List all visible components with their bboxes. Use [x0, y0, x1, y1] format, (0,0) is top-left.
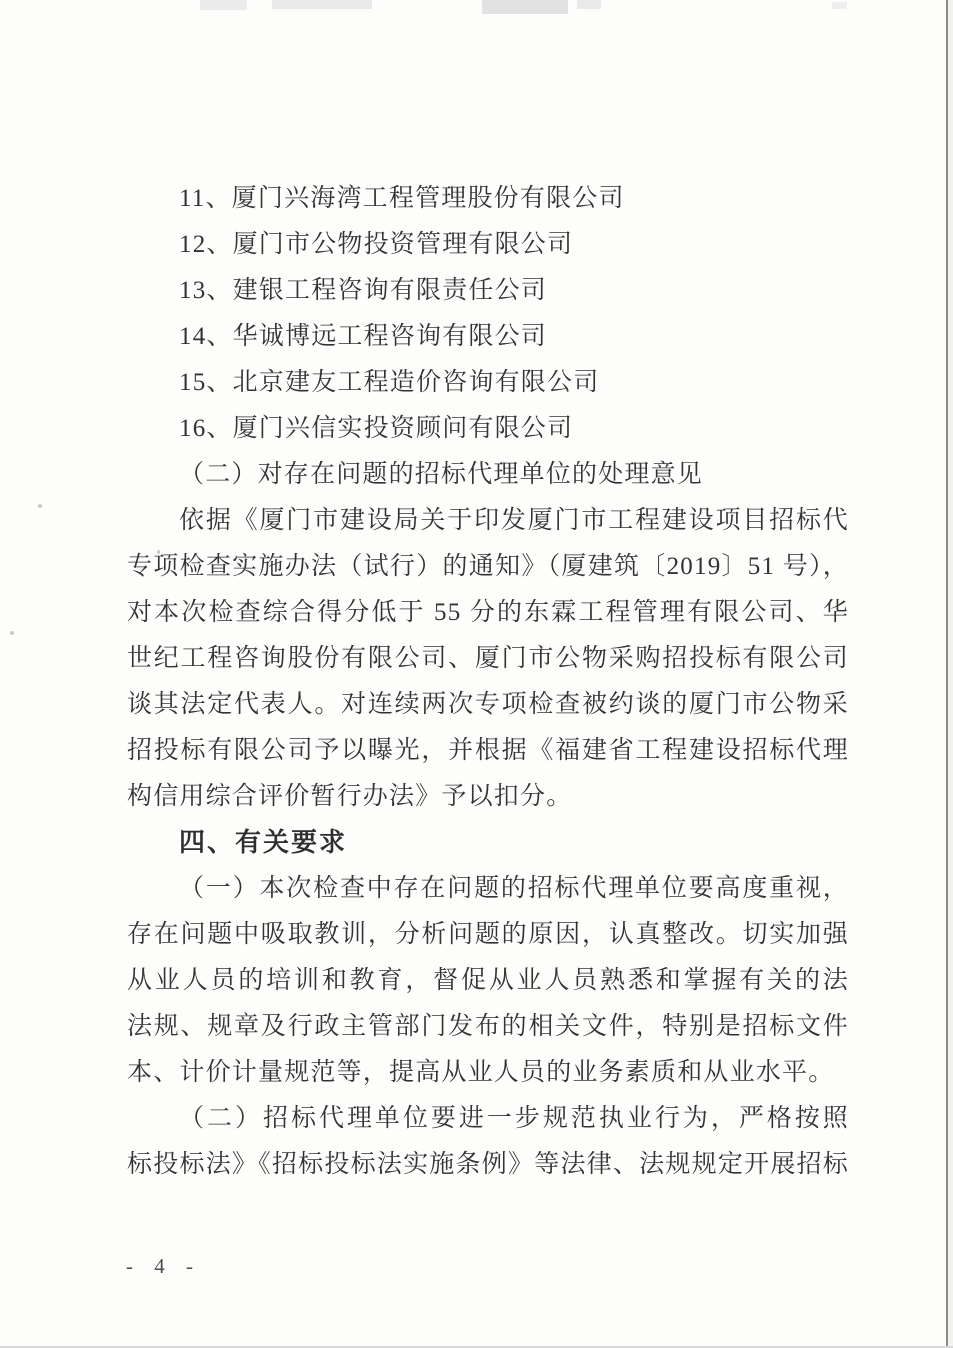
scan-top-smudge	[482, 0, 568, 14]
paragraph-line: 专项检查实施办法（试行）的通知》（厦建筑〔2019〕51 号），	[127, 544, 849, 590]
paragraph-line: 对本次检查综合得分低于 55 分的东霖工程管理有限公司、华联	[127, 590, 849, 636]
paragraph-line: 法规、规章及行政主管部门发布的相关文件，特别是招标文件范	[127, 1004, 849, 1050]
scan-speck	[10, 631, 14, 635]
scan-top-smudge	[577, 0, 601, 9]
paragraph-line: 招投标有限公司予以曝光，并根据《福建省工程建设招标代理机	[127, 728, 849, 774]
company-list-item: 11、厦门兴海湾工程管理股份有限公司	[127, 176, 849, 222]
paragraph-line: 本、计价计量规范等，提高从业人员的业务素质和从业水平。	[127, 1050, 849, 1096]
paragraph-handling-opinions: 依据《厦门市建设局关于印发厦门市工程建设项目招标代理专项检查实施办法（试行）的通…	[127, 498, 849, 820]
subsection-heading: （二）对存在问题的招标代理单位的处理意见	[127, 452, 849, 498]
company-list-item: 13、建银工程咨询有限责任公司	[127, 268, 849, 314]
paragraph-line: 构信用综合评价暂行办法》予以扣分。	[127, 774, 849, 820]
company-list-item: 16、厦门兴信实投资顾问有限公司	[127, 406, 849, 452]
paragraph-line: 谈其法定代表人。对连续两次专项检查被约谈的厦门市公物采购	[127, 682, 849, 728]
paragraph-line: 依据《厦门市建设局关于印发厦门市工程建设项目招标代理	[127, 498, 849, 544]
company-list-item: 15、北京建友工程造价咨询有限公司	[127, 360, 849, 406]
company-list: 11、厦门兴海湾工程管理股份有限公司12、厦门市公物投资管理有限公司13、建银工…	[127, 176, 849, 452]
company-list-item: 14、华诚博远工程咨询有限公司	[127, 314, 849, 360]
document-text-block: 11、厦门兴海湾工程管理股份有限公司12、厦门市公物投资管理有限公司13、建银工…	[127, 176, 849, 1188]
scan-speck	[38, 504, 42, 508]
paragraph-line: 标投标法》《招标投标法实施条例》等法律、法规规定开展招标	[127, 1142, 849, 1188]
scan-top-smudge	[200, 0, 247, 10]
paragraph-line: 从业人员的培训和教育，督促从业人员熟悉和掌握有关的法律、	[127, 958, 849, 1004]
scan-top-smudge	[832, 2, 847, 9]
scan-edge-line	[946, 0, 948, 1348]
paragraph-line: （二）招标代理单位要进一步规范执业行为，严格按照《招	[127, 1096, 849, 1142]
paragraph-requirement-1: （一）本次检查中存在问题的招标代理单位要高度重视，从存在问题中吸取教训，分析问题…	[127, 866, 849, 1096]
scanned-document-page: 11、厦门兴海湾工程管理股份有限公司12、厦门市公物投资管理有限公司13、建银工…	[0, 0, 953, 1348]
scan-top-smudge	[272, 0, 372, 9]
company-list-item: 12、厦门市公物投资管理有限公司	[127, 222, 849, 268]
paragraph-line: 存在问题中吸取教训，分析问题的原因，认真整改。切实加强对	[127, 912, 849, 958]
paragraph-requirement-2: （二）招标代理单位要进一步规范执业行为，严格按照《招标投标法》《招标投标法实施条…	[127, 1096, 849, 1188]
scan-right-margin	[948, 0, 953, 1348]
section-heading-requirements: 四、有关要求	[127, 820, 849, 866]
paragraph-line: （一）本次检查中存在问题的招标代理单位要高度重视，从	[127, 866, 849, 912]
paragraph-line: 世纪工程咨询股份有限公司、厦门市公物采购招投标有限公司约	[127, 636, 849, 682]
page-number: - 4 -	[126, 1254, 196, 1279]
